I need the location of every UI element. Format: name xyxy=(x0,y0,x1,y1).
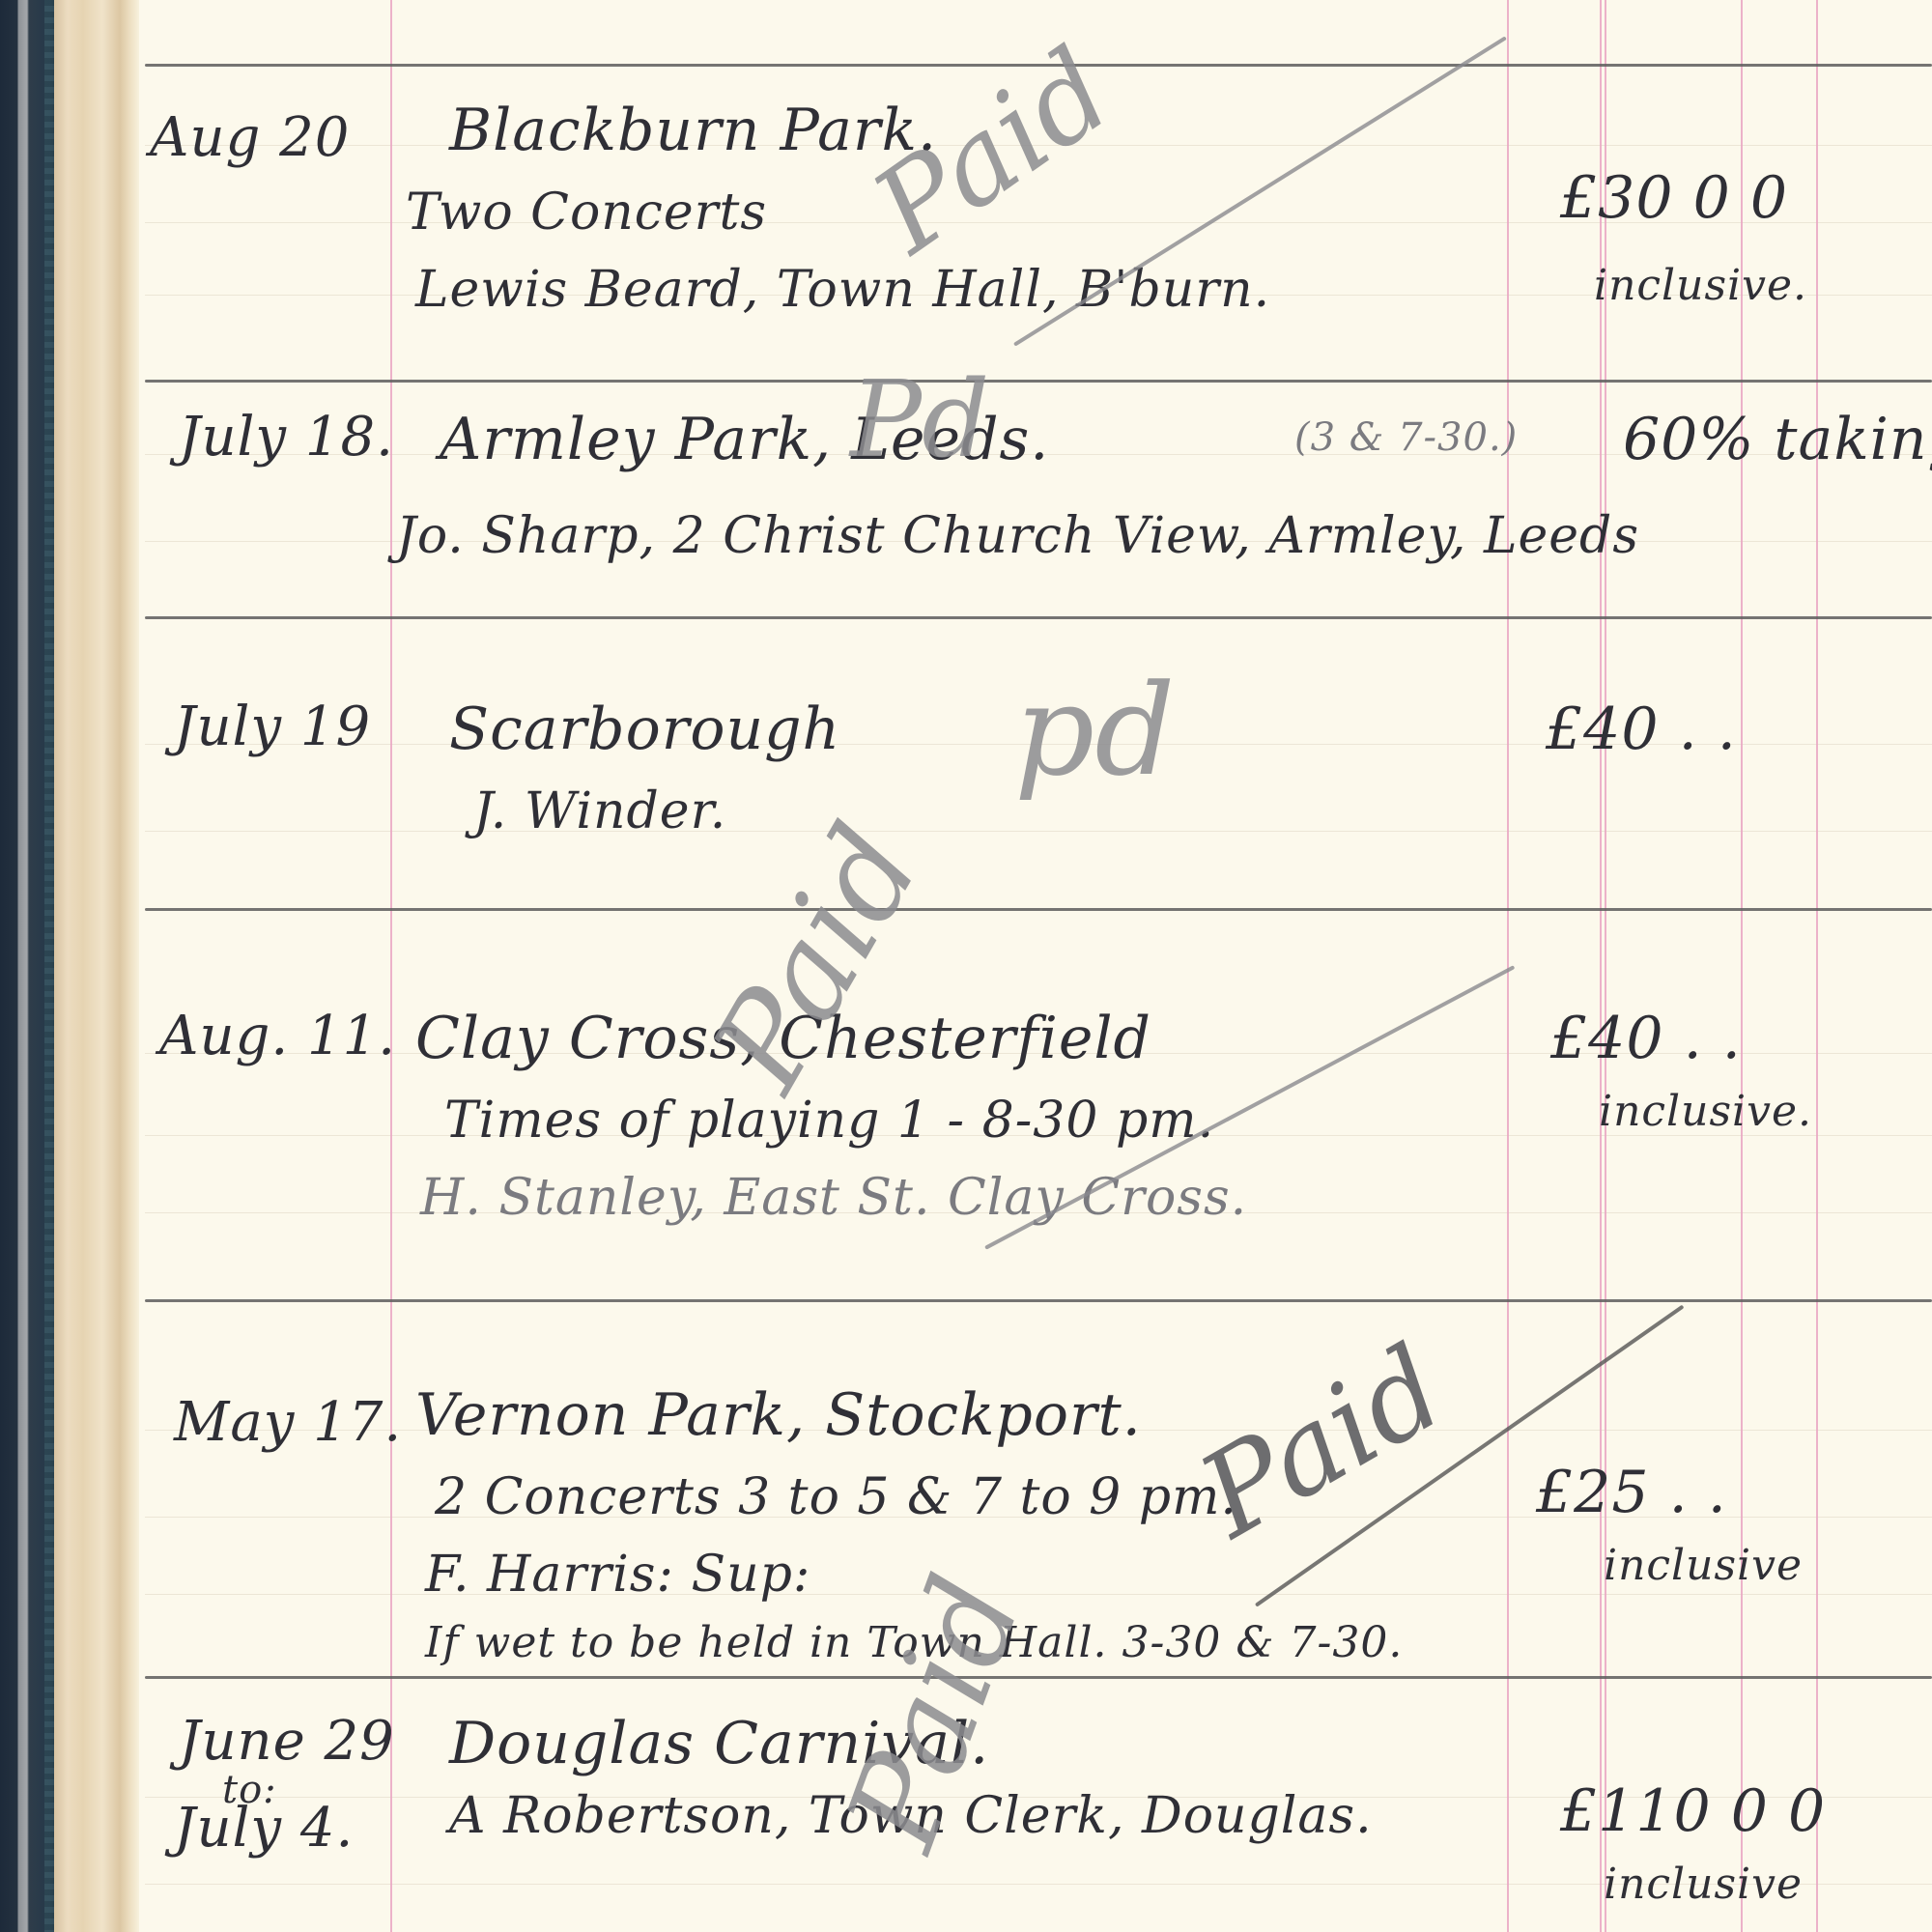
paid-mark: pd xyxy=(1014,657,1175,804)
entry-date: Aug. 11. xyxy=(159,1005,396,1067)
page-edges xyxy=(54,0,139,1932)
date-margin-line xyxy=(390,0,392,1932)
entry-separator xyxy=(145,380,1932,383)
amount-note: inclusive. xyxy=(1594,261,1807,310)
entry-date: July 19 xyxy=(174,696,371,758)
entry-contact: F. Harris: Sup: xyxy=(425,1546,810,1604)
entry-venue: Scarborough xyxy=(449,696,840,763)
entry-times: (3 & 7-30.) xyxy=(1294,415,1518,460)
entry-date: July 18. xyxy=(179,406,394,469)
entry-separator xyxy=(145,908,1932,911)
entry-amount: £25 . . xyxy=(1536,1459,1727,1526)
entry-date-start: June 29 xyxy=(179,1710,395,1773)
entry-separator xyxy=(145,616,1932,619)
entry-amount: £30 0 0 xyxy=(1560,164,1788,232)
faint-rule xyxy=(145,831,1932,832)
entry-amount: £110 0 0 xyxy=(1560,1777,1826,1845)
entry-date-end: July 4. xyxy=(174,1797,354,1860)
entry-contact: Jo. Sharp, 2 Christ Church View, Armley,… xyxy=(396,507,1639,565)
amount-note: inclusive xyxy=(1604,1541,1803,1590)
entry-date: May 17. xyxy=(174,1391,402,1454)
paid-mark: Pd xyxy=(850,357,989,481)
amount-note: inclusive. xyxy=(1599,1087,1812,1136)
entry-detail: Two Concerts xyxy=(406,184,767,241)
amount-margin-line xyxy=(1507,0,1509,1932)
entry-date: Aug 20 xyxy=(150,106,350,169)
entry-detail: 2 Concerts 3 to 5 & 7 to 9 pm. xyxy=(435,1468,1237,1526)
amount-note: inclusive xyxy=(1604,1860,1803,1909)
entry-venue: Blackburn Park. xyxy=(449,97,937,164)
faint-rule xyxy=(145,1594,1932,1595)
entry-amount: £40 . . xyxy=(1550,1005,1742,1072)
entry-amount: 60% takings xyxy=(1623,406,1932,473)
entry-amount: £40 . . xyxy=(1546,696,1737,763)
entry-contact: Lewis Beard, Town Hall, B'burn. xyxy=(415,261,1270,319)
entry-separator xyxy=(145,1676,1932,1679)
binding-thread xyxy=(44,0,54,1932)
entry-contact: J. Winder. xyxy=(473,782,726,840)
entry-venue: Vernon Park, Stockport. xyxy=(415,1381,1142,1449)
entry-detail: Times of playing 1 - 8-30 pm. xyxy=(444,1092,1214,1150)
entry-contact: H. Stanley, East St. Clay Cross. xyxy=(420,1169,1247,1227)
pence-column-line xyxy=(1816,0,1818,1932)
entry-separator xyxy=(145,1299,1932,1302)
